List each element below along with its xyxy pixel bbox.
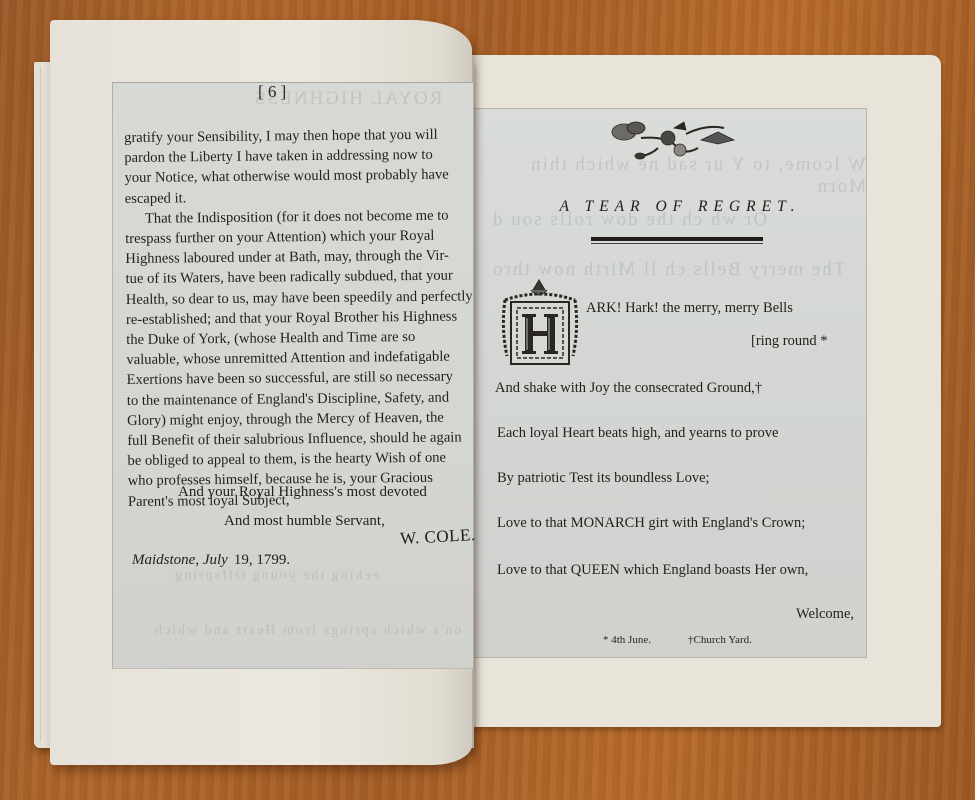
letter-line: re-established; and that your Royal Brot… [126, 306, 476, 330]
verse-line-7: Love to that QUEEN which England boasts … [497, 562, 808, 579]
dateline-date: 19, 1799. [234, 552, 290, 568]
verse-word: Each loyal Heart beats high, and yearns … [497, 425, 778, 441]
footnote-2: †Church Yard. [688, 634, 752, 646]
letter-body: gratify your Sensibility, I may then hop… [124, 124, 478, 512]
dateline: Maidstone, July19, 1799. [132, 552, 290, 569]
verse-line-8: Welcome, [796, 606, 854, 623]
footnote-1: * 4th June. [603, 634, 651, 646]
poem-title: A TEAR OF REGRET. [530, 198, 830, 216]
verse-line-2: [ring round * [751, 333, 828, 350]
verse-line-3: And shake with Joy the consecrated Groun… [495, 380, 762, 397]
verse-line-6: Love to that MONARCH girt with England's… [497, 515, 805, 532]
verse-line-1: ARK! Hark! the merry, merry Bells [586, 300, 793, 317]
decorated-drop-cap-h-icon [497, 278, 582, 370]
closing-line-2: And most humble Servant, [224, 513, 385, 530]
closing-line-1: And your Royal Highness's most devoted [178, 484, 427, 501]
dateline-place: Maidstone, July [132, 552, 228, 568]
page-number: [ 6 ] [258, 82, 286, 102]
letter-line: your Notice, what otherwise would most p… [124, 165, 474, 189]
floral-ornament-icon [606, 118, 746, 166]
verse-line-5: By patriotic Test its boundless Love; [497, 470, 710, 487]
verse-line-4: Each loyal Heart beats high, and yearns … [497, 425, 778, 442]
signature: W. COLE. [400, 525, 477, 549]
title-rule [591, 237, 763, 241]
